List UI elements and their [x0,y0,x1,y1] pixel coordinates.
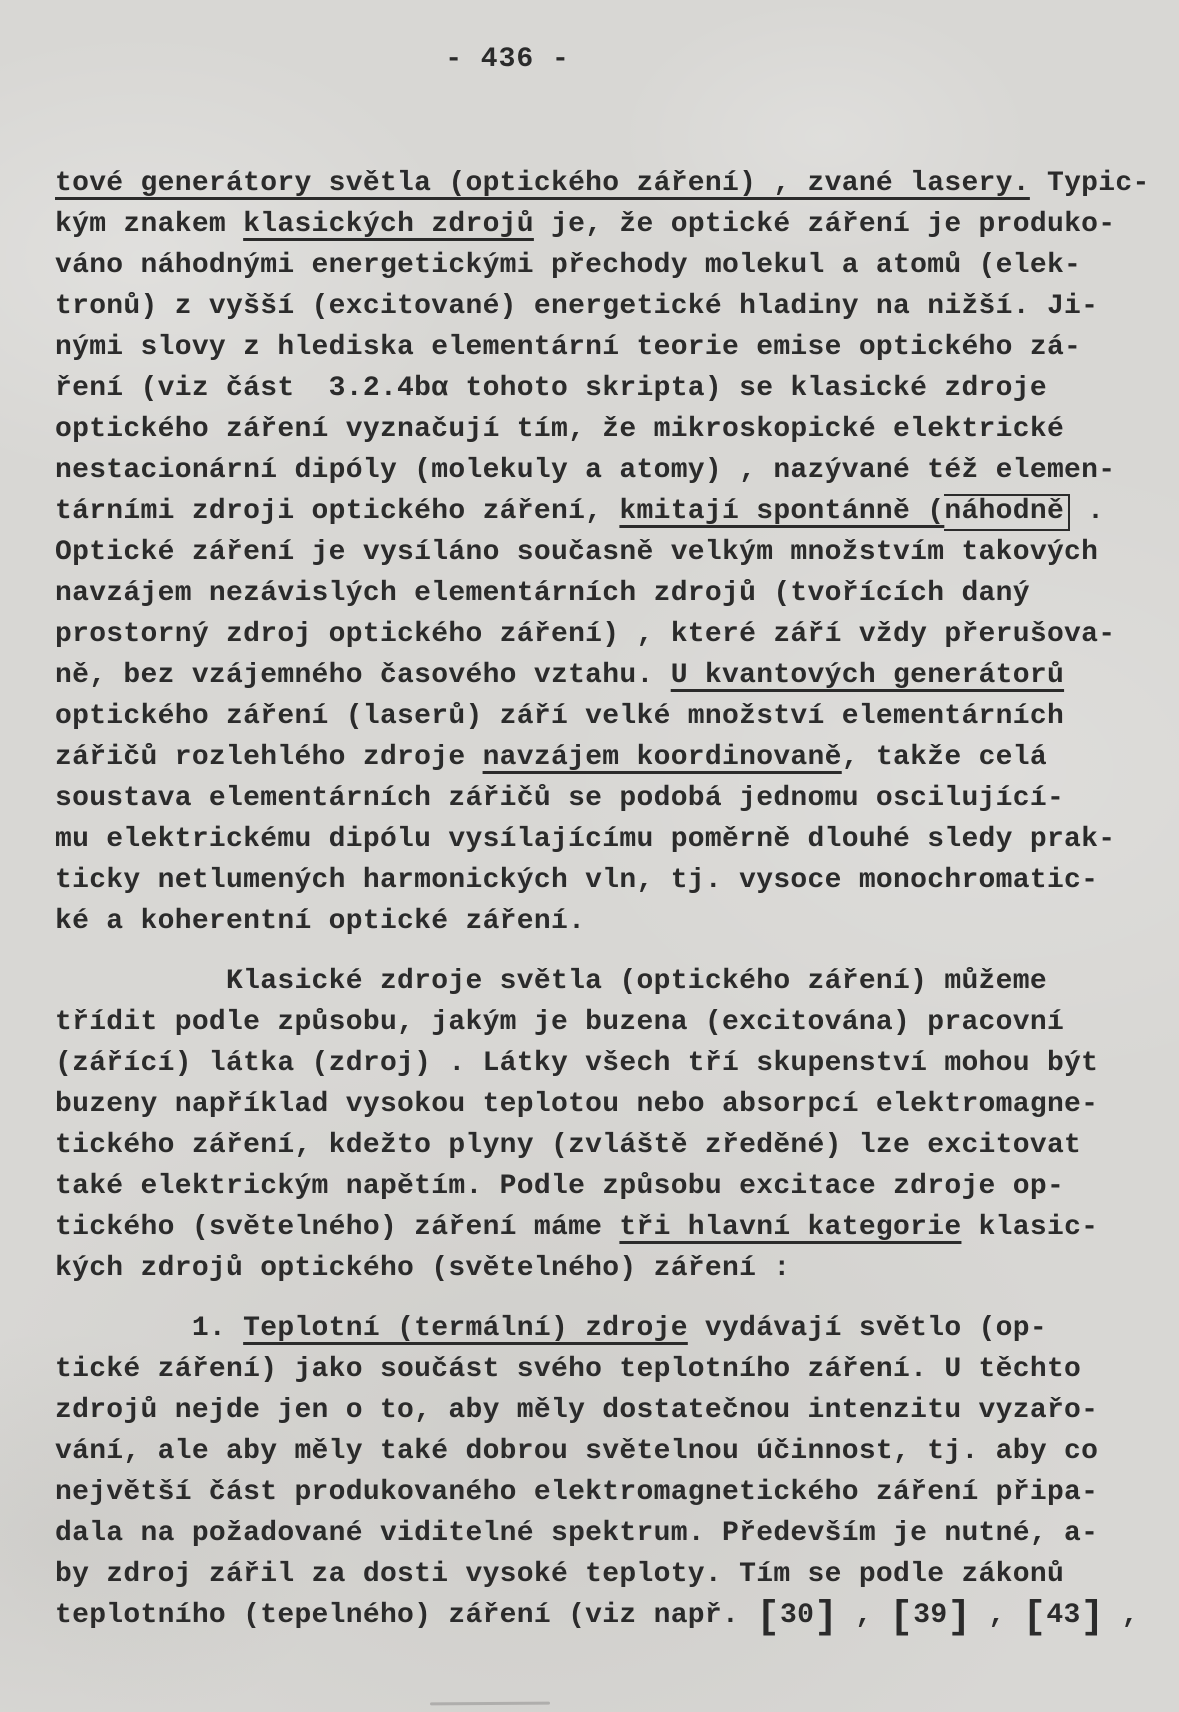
text-segment: teplotního (tepelného) záření (viz např. [55,1600,756,1631]
text-segment: optického záření (laserů) září velké mno… [55,701,1064,732]
paragraph: tové generátory světla (optického záření… [55,163,1149,942]
text-segment: optického záření vyznačují tím, že mikro… [55,414,1064,445]
text-segment: (zářící) látka (zdroj) . Látky všech tří… [55,1048,1098,1079]
text-segment: zářičů rozlehlého zdroje [55,742,483,773]
text-line: ké a koherentní optické záření. [55,901,1149,942]
text-line: tárními zdroji optického záření, kmitají… [55,491,1149,532]
citation-ref: [43] [1023,1600,1105,1631]
document-page: { "page": { "number_label": "- 436 -", "… [0,0,1179,1712]
text-line: tického záření, kdežto plyny (zvláště zř… [55,1125,1149,1166]
text-line: zdrojů nejde jen o to, aby měly dostateč… [55,1390,1149,1431]
text-segment: nestacionární dipóly (molekuly a atomy) … [55,455,1115,486]
text-line: tronů) z vyšší (excitované) energetické … [55,286,1149,327]
text-segment: Typic- [1030,168,1150,199]
underlined-text: klasických zdrojů [243,209,534,240]
text-line: nestacionární dipóly (molekuly a atomy) … [55,450,1149,491]
body-text: tové generátory světla (optického záření… [0,163,1179,1637]
text-line: vání, ale aby měly také dobrou světelnou… [55,1431,1149,1472]
text-line: mu elektrickému dipólu vysílajícímu pomě… [55,819,1149,860]
text-line: optického záření (laserů) září velké mno… [55,696,1149,737]
text-segment: nými slovy z hlediska elementární teorie… [55,332,1081,363]
text-segment: Optické záření je vysíláno současně velk… [55,537,1098,568]
text-line: (zářící) látka (zdroj) . Látky všech tří… [55,1043,1149,1084]
text-segment: , [971,1600,1022,1631]
text-line: Klasické zdroje světla (optického záření… [55,961,1149,1002]
text-segment: by zdroj zářil za dosti vysoké teploty. … [55,1559,1064,1590]
bracket-glyph: ] [1081,1594,1105,1639]
text-segment: tického záření, kdežto plyny (zvláště zř… [55,1130,1081,1161]
text-segment: Klasické zdroje světla (optického záření… [55,966,1047,997]
text-line: také elektrickým napětím. Podle způsobu … [55,1166,1149,1207]
bracket-glyph: [ [889,1594,913,1639]
underlined-text: Teplotní (termální) zdroje [243,1313,688,1344]
text-segment: tické záření) jako součást svého teplotn… [55,1354,1081,1385]
text-segment: zdrojů nejde jen o to, aby měly dostateč… [55,1395,1098,1426]
text-line: tické záření) jako součást svého teplotn… [55,1349,1149,1390]
text-line: nými slovy z hlediska elementární teorie… [55,327,1149,368]
bracket-glyph: ] [947,1594,971,1639]
text-line: navzájem nezávislých elementárních zdroj… [55,573,1149,614]
scan-artifact [430,1702,550,1706]
text-line: optického záření vyznačují tím, že mikro… [55,409,1149,450]
text-segment: , [838,1600,889,1631]
text-segment: také elektrickým napětím. Podle způsobu … [55,1171,1064,1202]
text-line: kých zdrojů optického (světelného) zářen… [55,1248,1149,1289]
underlined-text: navzájem koordinovaně [483,742,842,773]
text-segment: váno náhodnými energetickými přechody mo… [55,250,1081,281]
page-number: - 436 - [0,0,1097,75]
paragraph: Klasické zdroje světla (optického záření… [55,961,1149,1289]
text-line: buzeny například vysokou teplotou nebo a… [55,1084,1149,1125]
text-line: váno náhodnými energetickými přechody mo… [55,245,1149,286]
text-line: tové generátory světla (optického záření… [55,163,1149,204]
underlined-text: tři hlavní kategorie [619,1212,961,1243]
underlined-text: tové generátory světla (optického záření… [55,168,1030,199]
text-segment: klasic- [961,1212,1098,1243]
text-segment: mu elektrickému dipólu vysílajícímu pomě… [55,824,1115,855]
paragraph: 1. Teplotní (termální) zdroje vydávají s… [55,1308,1149,1637]
citation-ref: [30] [756,1600,838,1631]
bracket-glyph: [ [1023,1594,1047,1639]
text-segment: soustava elementárních zářičů se podobá … [55,783,1064,814]
text-segment: tronů) z vyšší (excitované) energetické … [55,291,1098,322]
text-line: dala na požadované viditelné spektrum. P… [55,1513,1149,1554]
text-segment: dala na požadované viditelné spektrum. P… [55,1518,1098,1549]
text-segment: kých zdrojů optického (světelného) zářen… [55,1253,790,1284]
text-line: ně, bez vzájemného časového vztahu. U kv… [55,655,1149,696]
text-line: ticky netlumených harmonických vln, tj. … [55,860,1149,901]
text-line: prostorný zdroj optického záření) , kter… [55,614,1149,655]
text-line: tického (světelného) záření máme tři hla… [55,1207,1149,1248]
text-segment: . [1070,496,1104,527]
text-segment: tického (světelného) záření máme [55,1212,619,1243]
text-line: 1. Teplotní (termální) zdroje vydávají s… [55,1308,1149,1349]
underlined-text: U kvantových generátorů [671,660,1064,691]
citation-ref: [39] [889,1600,971,1631]
text-segment: tárními zdroji optického záření, [55,496,619,527]
text-segment: největší část produkovaného elektromagne… [55,1477,1098,1508]
text-segment: kým znakem [55,209,243,240]
text-line: soustava elementárních zářičů se podobá … [55,778,1149,819]
text-segment: prostorný zdroj optického záření) , kter… [55,619,1115,650]
text-segment: ně, bez vzájemného časového vztahu. [55,660,671,691]
bracket-glyph: ] [814,1594,838,1639]
ref-number: 43 [1046,1600,1080,1631]
text-line: ření (viz část 3.2.4bα tohoto skripta) s… [55,368,1149,409]
text-segment: , takže celá [842,742,1047,773]
text-line: zářičů rozlehlého zdroje navzájem koordi… [55,737,1149,778]
text-segment: buzeny například vysokou teplotou nebo a… [55,1089,1098,1120]
boxed-word: náhodně [944,494,1070,531]
text-line: Optické záření je vysíláno současně velk… [55,532,1149,573]
text-segment: vání, ale aby měly také dobrou světelnou… [55,1436,1098,1467]
text-segment: navzájem nezávislých elementárních zdroj… [55,578,1030,609]
text-segment: , [1104,1600,1138,1631]
text-segment: je, že optické záření je produko- [534,209,1116,240]
text-segment: ticky netlumených harmonických vln, tj. … [55,865,1098,896]
text-segment: ké a koherentní optické záření. [55,906,585,937]
bracket-glyph: [ [756,1594,780,1639]
text-segment: 1. [55,1313,243,1344]
text-line: třídit podle způsobu, jakým je buzena (e… [55,1002,1149,1043]
text-segment: třídit podle způsobu, jakým je buzena (e… [55,1007,1064,1038]
underlined-text: kmitají spontánně ( [619,496,944,527]
ref-number: 30 [780,1600,814,1631]
text-segment: ření (viz část 3.2.4bα tohoto skripta) s… [55,373,1047,404]
text-line: největší část produkovaného elektromagne… [55,1472,1149,1513]
text-line: kým znakem klasických zdrojů je, že opti… [55,204,1149,245]
text-line: teplotního (tepelného) záření (viz např.… [55,1595,1149,1637]
ref-number: 39 [913,1600,947,1631]
text-segment: vydávají světlo (op- [688,1313,1047,1344]
text-line: by zdroj zářil za dosti vysoké teploty. … [55,1554,1149,1595]
